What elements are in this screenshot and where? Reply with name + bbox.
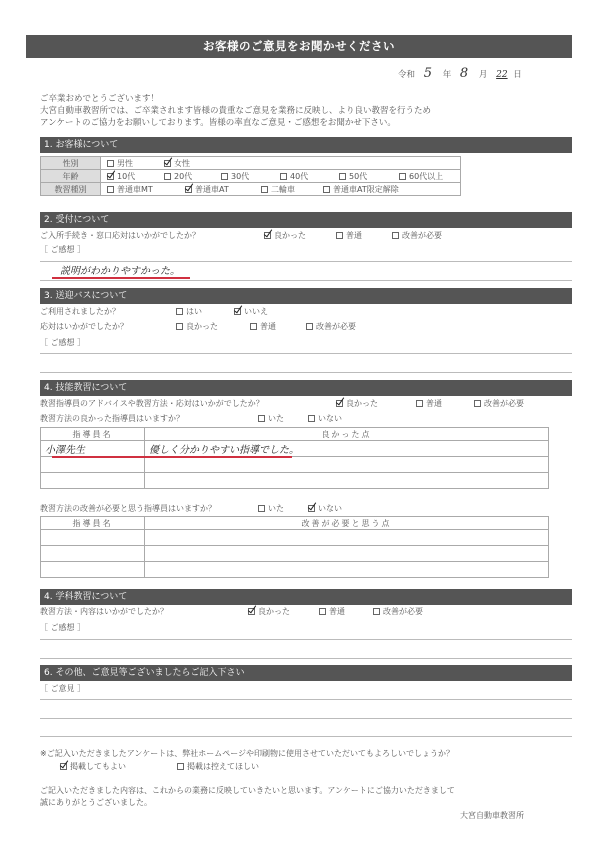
column-header-instructor: 指導員名 [41, 428, 145, 441]
label-age: 年齢 [41, 170, 101, 183]
bus-usage-row: ご利用されましたか？ はい いいえ [40, 306, 572, 318]
checkbox-icon[interactable] [176, 308, 183, 315]
divider [40, 658, 572, 659]
option-needs-improvement[interactable]: 改善が必要 [306, 321, 356, 333]
question-text: 教習方法の良かった指導員はいますか？ [40, 414, 184, 423]
checkbox-icon[interactable] [336, 232, 343, 239]
checkbox-checked-icon[interactable] [107, 173, 114, 180]
option-label: いない [318, 504, 342, 513]
column-header-instructor: 指導員名 [41, 517, 145, 530]
date-month-value[interactable]: 8 [460, 66, 468, 81]
option-label: 普通車MT [117, 185, 153, 194]
checkbox-checked-icon[interactable] [336, 400, 343, 407]
option-good[interactable]: 良かった [248, 606, 290, 618]
closing-text: ご記入いただきました内容は、これからの業務に反映していきたいと思います。アンケー… [40, 785, 455, 809]
divider [40, 372, 572, 373]
underline-mark [52, 456, 292, 458]
option-label: いた [268, 504, 284, 513]
instructor-name-cell[interactable] [41, 457, 145, 473]
option-male[interactable]: 男性 [107, 158, 133, 169]
option-no[interactable]: いいえ [234, 306, 268, 318]
option-label: はい [186, 307, 202, 316]
option-no[interactable]: いない [308, 503, 342, 515]
option-no[interactable]: いない [308, 413, 342, 425]
checkbox-icon[interactable] [392, 232, 399, 239]
option-average[interactable]: 普通 [416, 398, 442, 410]
table-header: 指導員名 良かった点 [41, 428, 549, 441]
question-text: 教習指導員のアドバイスや教習方法・応対はいかがでしたか？ [40, 399, 264, 408]
instructor-name-cell[interactable]: 小澤先生 [41, 441, 145, 457]
option-publish-ok[interactable]: 掲載してもよい [60, 761, 126, 773]
option-label: 改善が必要 [383, 607, 423, 616]
option-regular-mt[interactable]: 普通車MT [107, 184, 153, 195]
option-yes[interactable]: いた [258, 503, 284, 515]
option-needs-improvement[interactable]: 改善が必要 [474, 398, 524, 410]
option-label: 女性 [174, 159, 190, 168]
option-label: 改善が必要 [402, 231, 442, 240]
closing-line-1: ご記入いただきました内容は、これからの業務に反映していきたいと思います。アンケー… [40, 785, 455, 797]
option-label: 良かった [346, 399, 378, 408]
checkbox-icon[interactable] [308, 415, 315, 422]
date-day-value[interactable]: 22 [496, 70, 507, 80]
consent-options: 掲載してもよい 掲載は控えてほしい [60, 761, 360, 773]
checkbox-checked-icon[interactable] [185, 186, 192, 193]
row-age: 年齢 10代 20代 30代 40代 50代 60代以上 [41, 170, 461, 183]
improve-instructor-table: 指導員名 改善が必要と思う点 [40, 516, 549, 578]
option-label: 掲載は控えてほしい [187, 762, 259, 771]
good-instructor-table: 指導員名 良かった点 小澤先生 優しく分かりやすい指導でした。 [40, 427, 549, 489]
option-label: 男性 [117, 159, 133, 168]
comment-label: ［ ご感想 ］ [40, 622, 85, 634]
option-age-40s[interactable]: 40代 [280, 171, 308, 182]
option-average[interactable]: 普通 [250, 321, 276, 333]
table-row: 小澤先生 優しく分かりやすい指導でした。 [41, 441, 549, 457]
comment-label: ［ ご意見 ］ [40, 683, 85, 695]
instructor-advice-row: 教習指導員のアドバイスや教習方法・応対はいかがでしたか？ 良かった 普通 改善が… [40, 398, 572, 410]
option-label: 良かった [186, 322, 218, 331]
option-label: いない [318, 414, 342, 423]
checkbox-checked-icon[interactable] [248, 608, 255, 615]
option-label: 良かった [258, 607, 290, 616]
date-day-unit: 日 [513, 70, 522, 80]
checkbox-icon[interactable] [164, 173, 171, 180]
instructor-name-cell[interactable] [41, 530, 145, 546]
option-label: 30代 [231, 172, 249, 181]
date-year-value[interactable]: 5 [424, 66, 432, 81]
checkbox-icon[interactable] [258, 505, 265, 512]
label-gender: 性別 [41, 157, 101, 170]
date-era: 令和 [398, 70, 415, 80]
row-gender: 性別 男性 女性 [41, 157, 461, 170]
divider [40, 718, 572, 719]
checkbox-icon[interactable] [177, 763, 184, 770]
checkbox-icon[interactable] [319, 608, 326, 615]
option-at-limit-removal[interactable]: 普通車AT限定解除 [323, 184, 399, 195]
option-needs-improvement[interactable]: 改善が必要 [373, 606, 423, 618]
closing-line-2: 誠にありがとうございました。 [40, 797, 455, 809]
checkbox-icon[interactable] [107, 186, 114, 193]
reception-comment[interactable]: 説明がわかりやすかった。 [60, 262, 180, 277]
table-row [41, 562, 549, 578]
option-label: 普通 [329, 607, 345, 616]
option-age-10s[interactable]: 10代 [107, 171, 135, 182]
intro-line-3: アンケートのご協力をお願いしております。皆様の率直なご意見・ご感想をお聞かせ下さ… [40, 117, 431, 129]
option-good[interactable]: 良かった [336, 398, 378, 410]
bus-service-row: 応対はいかがでしたか？ 良かった 普通 改善が必要 [40, 321, 572, 333]
option-yes[interactable]: はい [176, 306, 202, 318]
option-label: いた [268, 414, 284, 423]
good-instructor-row: 教習方法の良かった指導員はいますか？ いた いない [40, 413, 572, 425]
intro-text: ご卒業おめでとうございます！ 大宮自動車教習所では、ご卒業されます皆様の貴重なご… [40, 93, 431, 129]
intro-line-1: ご卒業おめでとうございます！ [40, 93, 431, 105]
section-heading-customer: 1. お客様について [40, 137, 572, 153]
checkbox-checked-icon[interactable] [234, 308, 241, 315]
checkbox-icon[interactable] [373, 608, 380, 615]
improvement-points-cell[interactable] [145, 530, 549, 546]
option-label: 掲載してもよい [70, 762, 126, 771]
question-text: 教習方法・内容はいかがでしたか？ [40, 607, 168, 616]
table-header: 指導員名 改善が必要と思う点 [41, 517, 549, 530]
good-points-cell[interactable] [145, 457, 549, 473]
table-row [41, 546, 549, 562]
checkbox-icon[interactable] [280, 173, 287, 180]
column-header-good-points: 良かった点 [145, 428, 549, 441]
option-label: 普通車AT [195, 185, 229, 194]
instructor-name-cell[interactable] [41, 562, 145, 578]
checkbox-icon[interactable] [306, 323, 313, 330]
improvement-points-cell[interactable] [145, 546, 549, 562]
divider [40, 353, 572, 354]
checkbox-icon[interactable] [339, 173, 346, 180]
instructor-name-cell[interactable] [41, 546, 145, 562]
checkbox-icon[interactable] [474, 400, 481, 407]
option-good[interactable]: 良かった [176, 321, 218, 333]
option-yes[interactable]: いた [258, 413, 284, 425]
option-female[interactable]: 女性 [164, 158, 190, 169]
section-heading-driving-lessons: 4. 技能教習について [40, 380, 572, 396]
checkbox-icon[interactable] [416, 400, 423, 407]
question-text: ご利用されましたか？ [40, 307, 120, 316]
checkbox-icon[interactable] [261, 186, 268, 193]
intro-line-2: 大宮自動車教習所では、ご卒業されます皆様の貴重なご意見を業務に反映し、より良い教… [40, 105, 431, 117]
comment-label: ［ ご感想 ］ [40, 244, 85, 256]
question-text: 応対はいかがでしたか？ [40, 322, 128, 331]
checkbox-checked-icon[interactable] [60, 763, 67, 770]
good-points-cell[interactable]: 優しく分かりやすい指導でした。 [145, 441, 549, 457]
option-label: 20代 [174, 172, 192, 181]
checkbox-checked-icon[interactable] [264, 232, 271, 239]
label-course-type: 教習種別 [41, 183, 101, 196]
checkbox-icon[interactable] [107, 160, 114, 167]
row-course-type: 教習種別 普通車MT 普通車AT 二輪車 普通車AT限定解除 [41, 183, 461, 196]
good-points-cell[interactable] [145, 473, 549, 489]
classroom-question-row: 教習方法・内容はいかがでしたか？ 良かった 普通 改善が必要 [40, 606, 572, 618]
option-motorcycle[interactable]: 二輪車 [261, 184, 295, 195]
option-label: 普通 [260, 322, 276, 331]
option-label: 50代 [349, 172, 367, 181]
option-regular-at[interactable]: 普通車AT [185, 184, 229, 195]
option-publish-decline[interactable]: 掲載は控えてほしい [177, 761, 259, 773]
reception-question-row: ご入所手続き・窓口応対はいかがでしたか？ 良かった 普通 改善が必要 [40, 230, 572, 242]
improve-instructor-row: 教習方法の改善が必要と思う指導員はいますか？ いた いない [40, 503, 572, 515]
question-text: 教習方法の改善が必要と思う指導員はいますか？ [40, 504, 216, 513]
underline-mark [52, 277, 190, 279]
date-month-unit: 月 [479, 70, 488, 80]
page-title: お客様のご意見をお聞かせください [26, 35, 572, 58]
option-label: 10代 [117, 172, 135, 181]
divider [40, 280, 572, 281]
option-average[interactable]: 普通 [336, 230, 362, 242]
checkbox-checked-icon[interactable] [308, 505, 315, 512]
checkbox-checked-icon[interactable] [164, 160, 171, 167]
section-heading-reception: 2. 受付について [40, 212, 572, 228]
divider [40, 699, 572, 700]
column-header-improvement-points: 改善が必要と思う点 [145, 517, 549, 530]
option-label: いいえ [244, 307, 268, 316]
instructor-name-cell[interactable] [41, 473, 145, 489]
option-label: 40代 [290, 172, 308, 181]
option-age-50s[interactable]: 50代 [339, 171, 367, 182]
option-age-30s[interactable]: 30代 [221, 171, 249, 182]
checkbox-icon[interactable] [258, 415, 265, 422]
option-label: 普通車AT限定解除 [333, 185, 399, 194]
option-average[interactable]: 普通 [319, 606, 345, 618]
option-age-20s[interactable]: 20代 [164, 171, 192, 182]
option-age-60s-plus[interactable]: 60代以上 [399, 171, 443, 182]
table-row [41, 457, 549, 473]
table-row [41, 473, 549, 489]
date-year-unit: 年 [443, 70, 452, 80]
option-label: 普通 [426, 399, 442, 408]
checkbox-icon[interactable] [399, 173, 406, 180]
option-label: 改善が必要 [484, 399, 524, 408]
section-heading-other-comments: 6. その他、ご意見等ございましたらご記入下さい [40, 665, 572, 681]
improvement-points-cell[interactable] [145, 562, 549, 578]
comment-label: ［ ご感想 ］ [40, 337, 85, 349]
section-heading-shuttle-bus: 3. 送迎バスについて [40, 288, 572, 304]
checkbox-icon[interactable] [250, 323, 257, 330]
consent-question: ※ご記入いただきましたアンケートは、弊社ホームページや印刷物に使用させていただい… [40, 748, 454, 760]
option-label: 60代以上 [409, 172, 443, 181]
date-field: 令和 5 年 8 月 22 日 [398, 66, 522, 81]
section-heading-classroom-lessons: 4. 学科教習について [40, 589, 572, 605]
divider [40, 736, 572, 737]
checkbox-icon[interactable] [323, 186, 330, 193]
option-good[interactable]: 良かった [264, 230, 306, 242]
customer-info-table: 性別 男性 女性 年齢 10代 20代 30代 40代 50代 60代以上 教習… [40, 156, 461, 196]
option-label: 普通 [346, 231, 362, 240]
checkbox-icon[interactable] [221, 173, 228, 180]
table-row [41, 530, 549, 546]
checkbox-icon[interactable] [176, 323, 183, 330]
signature: 大宮自動車教習所 [460, 810, 524, 822]
option-label: 良かった [274, 231, 306, 240]
option-needs-improvement[interactable]: 改善が必要 [392, 230, 442, 242]
question-text: ご入所手続き・窓口応対はいかがでしたか？ [40, 231, 200, 240]
option-label: 改善が必要 [316, 322, 356, 331]
option-label: 二輪車 [271, 185, 295, 194]
divider [40, 639, 572, 640]
